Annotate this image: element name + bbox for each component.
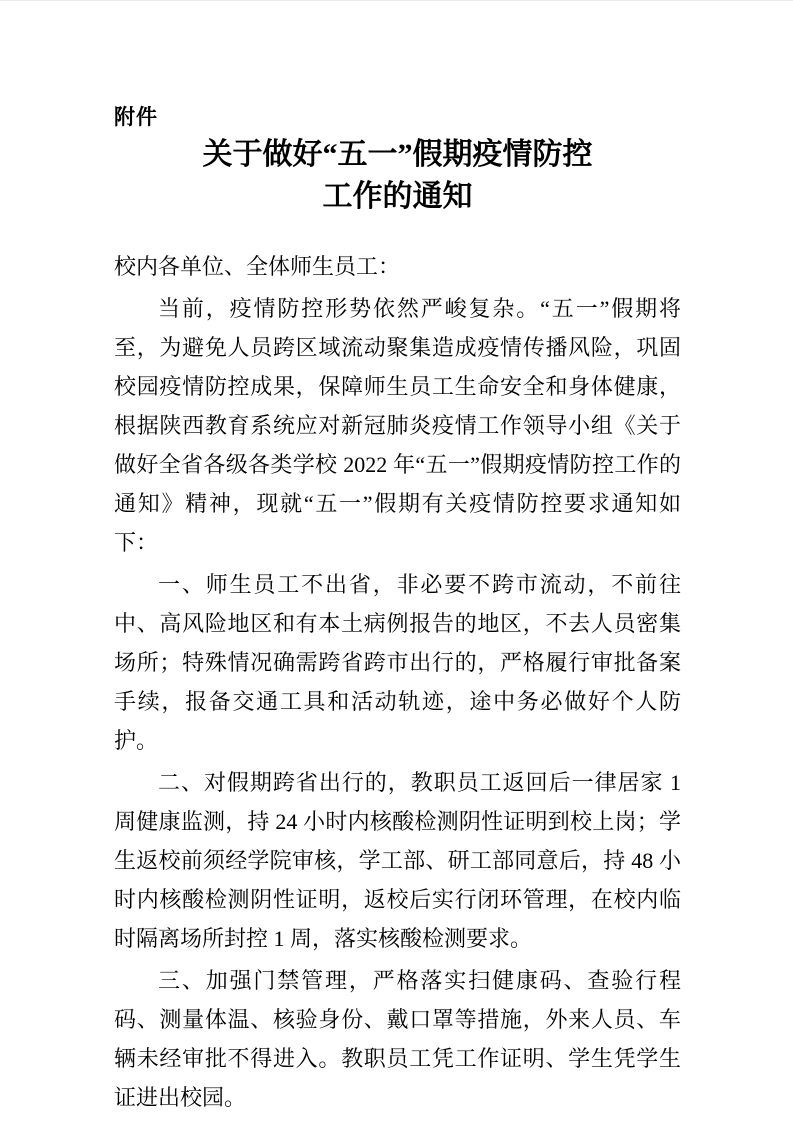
- title-line-1: 关于做好“五一”假期疫情防控: [114, 134, 681, 176]
- attachment-label: 附件: [114, 101, 158, 131]
- paragraph-item-1: 一、师生员工不出省，非必要不跨市流动，不前往中、高风险地区和有本土病例报告的地区…: [114, 565, 681, 760]
- salutation: 校内各单位、全体师生员工：: [114, 247, 681, 286]
- title-line-2: 工作的通知: [114, 176, 681, 218]
- document-title: 关于做好“五一”假期疫情防控 工作的通知: [114, 134, 681, 218]
- paragraph-item-2: 二、对假期跨省出行的，教职员工返回后一律居家 1 周健康监测，持 24 小时内核…: [114, 763, 681, 958]
- document-body: 校内各单位、全体师生员工： 当前，疫情防控形势依然严峻复杂。“五一”假期将至，为…: [114, 247, 681, 1117]
- paragraph-item-3: 三、加强门禁管理，严格落实扫健康码、查验行程码、测量体温、核验身份、戴口罩等措施…: [114, 961, 681, 1117]
- paragraph-intro: 当前，疫情防控形势依然严峻复杂。“五一”假期将至，为避免人员跨区域流动聚集造成疫…: [114, 289, 681, 562]
- document-page: 附件 关于做好“五一”假期疫情防控 工作的通知 校内各单位、全体师生员工： 当前…: [0, 0, 793, 1123]
